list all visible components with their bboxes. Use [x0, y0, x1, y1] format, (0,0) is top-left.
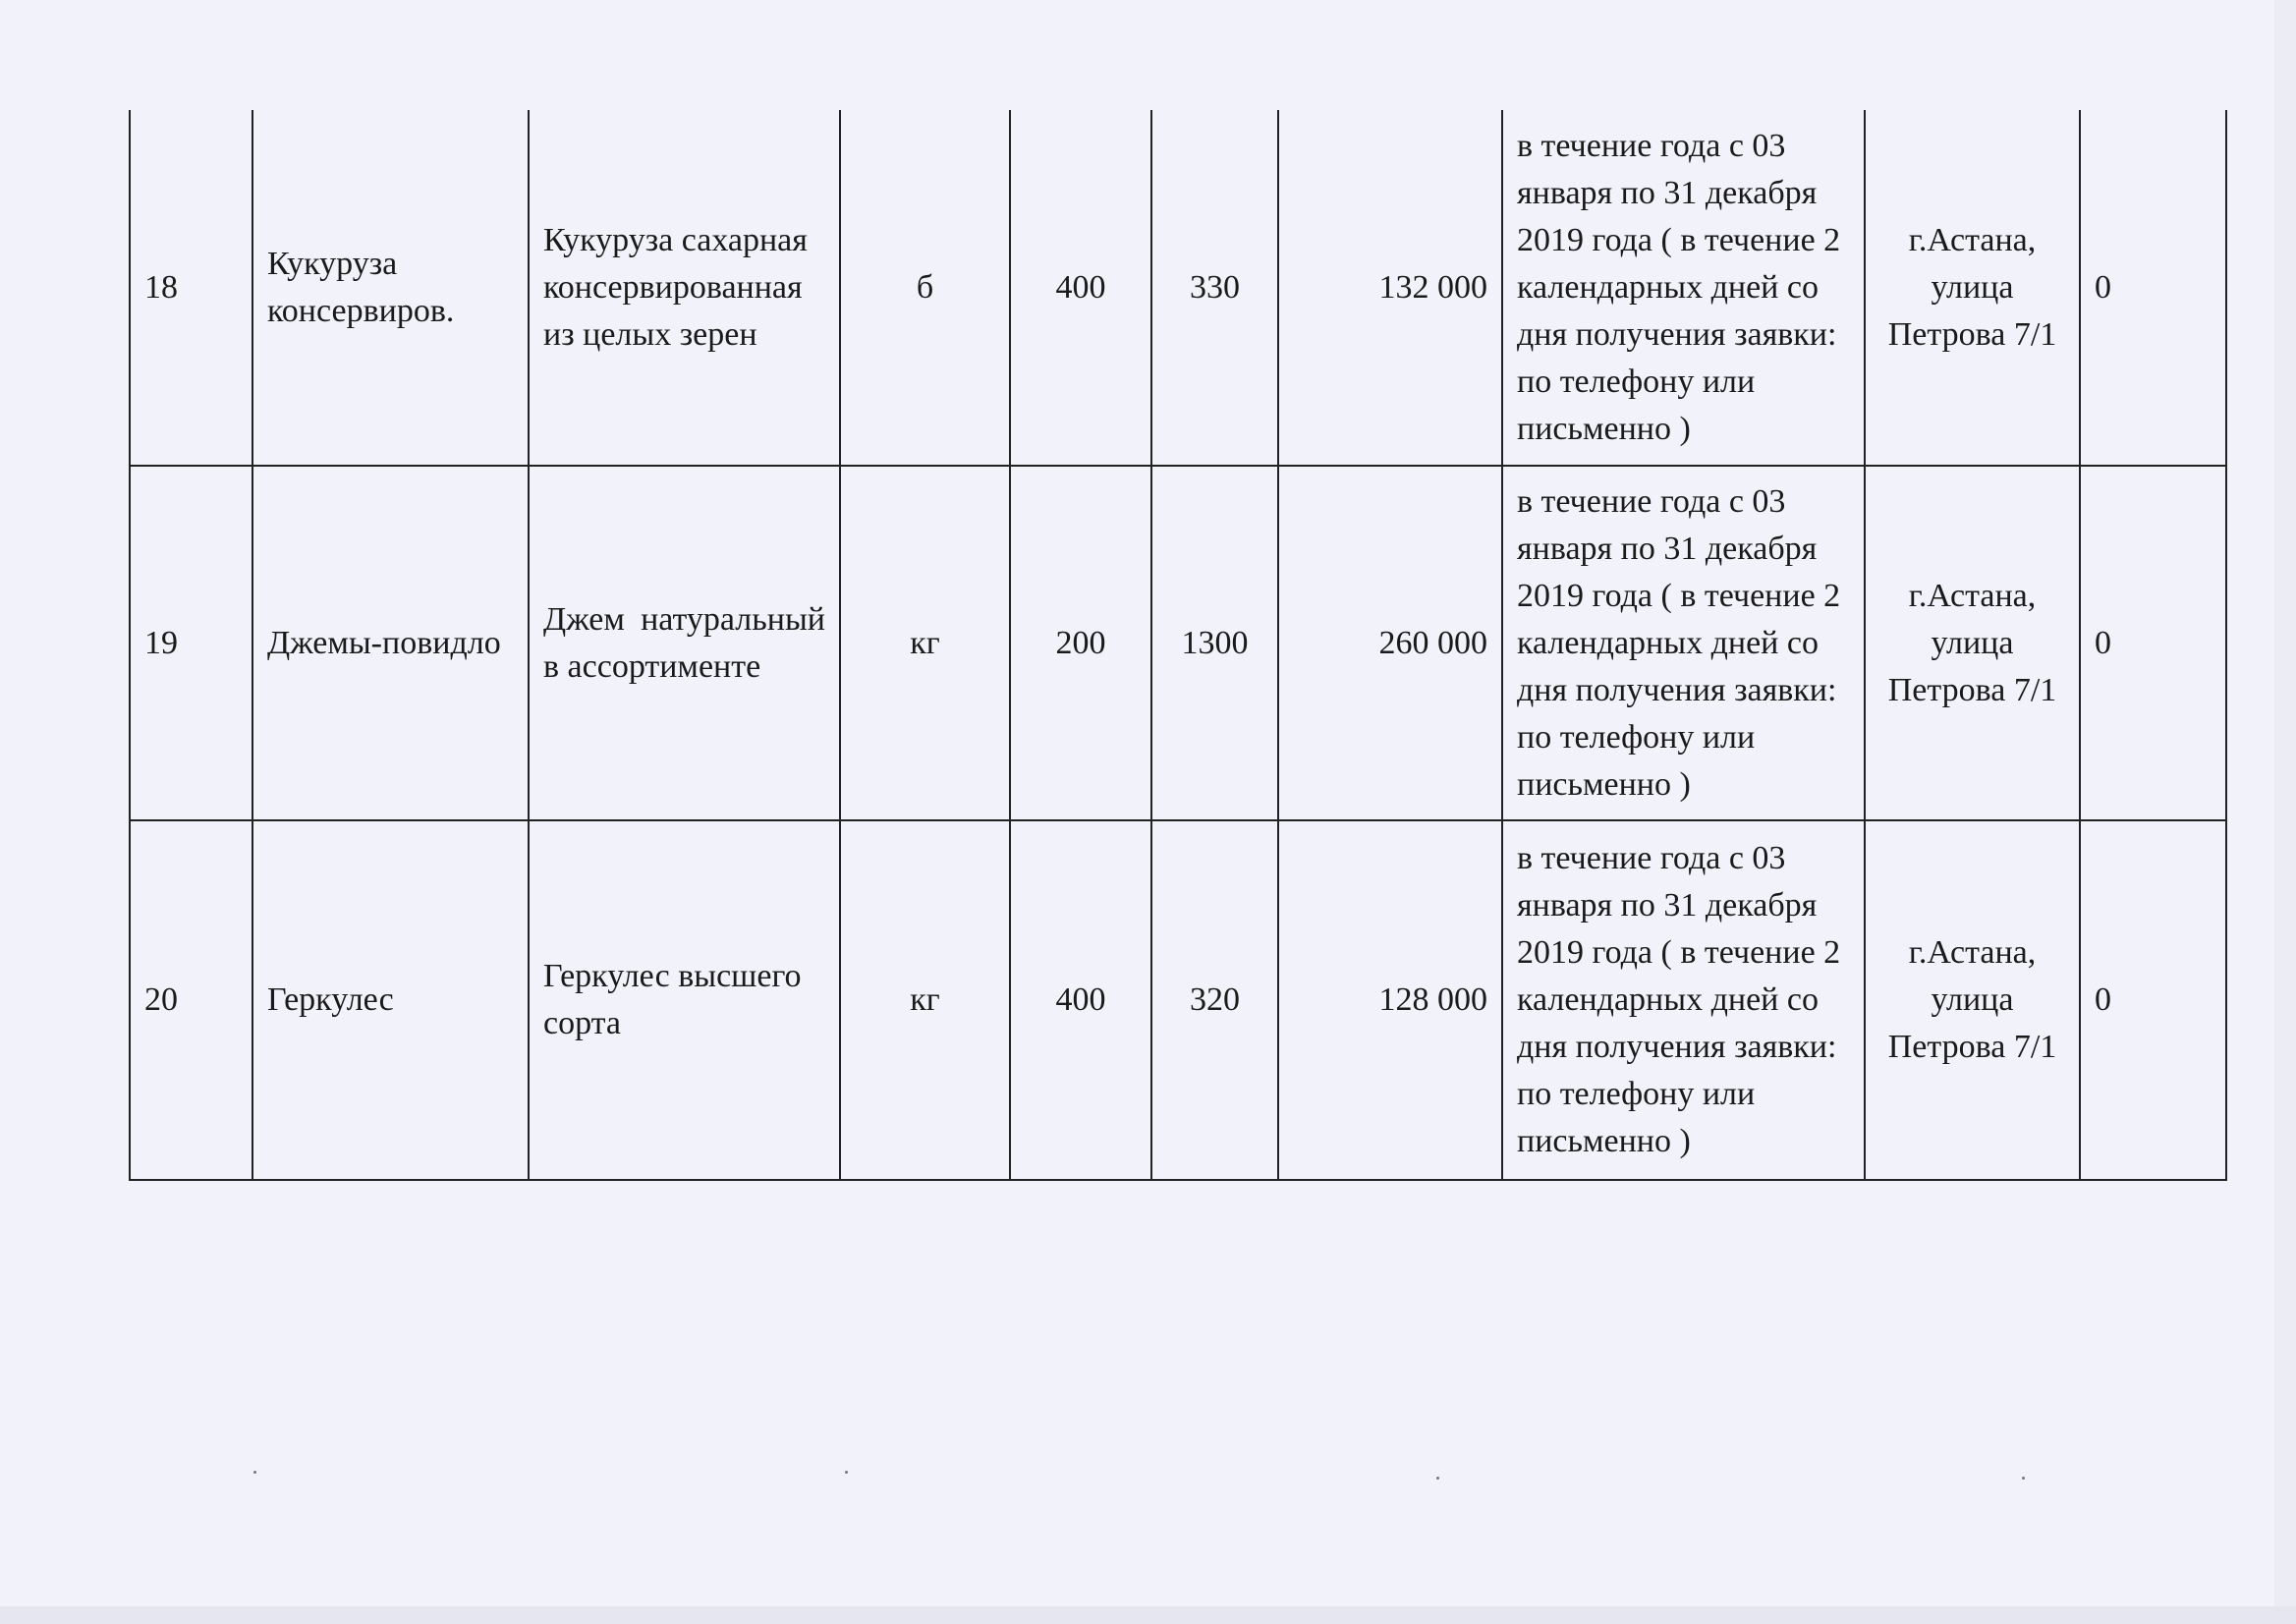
procurement-table: 18 Кукуруза консервиров. Кукуруза сахарн…	[129, 110, 2227, 1181]
quantity: 200	[1010, 466, 1151, 820]
price: 320	[1151, 820, 1278, 1180]
unit: кг	[840, 820, 1010, 1180]
table-row: 18 Кукуруза консервиров. Кукуруза сахарн…	[130, 110, 2226, 466]
item-description: Джем натуральный в ассортименте	[529, 466, 840, 820]
price: 330	[1151, 110, 1278, 466]
delivery-terms: в течение года с 03 января по 31 декабря…	[1502, 820, 1865, 1180]
advance: 0	[2080, 466, 2226, 820]
table-row: 20 Геркулес Геркулес высшего сорта кг 40…	[130, 820, 2226, 1180]
unit: б	[840, 110, 1010, 466]
advance: 0	[2080, 110, 2226, 466]
price: 1300	[1151, 466, 1278, 820]
scan-edge	[2274, 0, 2296, 1624]
item-name: Джемы-повидло	[252, 466, 529, 820]
amount: 128 000	[1278, 820, 1502, 1180]
item-description: Кукуруза сахарная консервированная из це…	[529, 110, 840, 466]
amount: 260 000	[1278, 466, 1502, 820]
delivery-terms: в течение года с 03 января по 31 декабря…	[1502, 110, 1865, 466]
item-name: Геркулес	[252, 820, 529, 1180]
row-number: 19	[130, 466, 252, 820]
table-row: 19 Джемы-повидло Джем натуральный в ассо…	[130, 466, 2226, 820]
quantity: 400	[1010, 820, 1151, 1180]
row-number: 20	[130, 820, 252, 1180]
scan-bottom-edge	[0, 1606, 2296, 1624]
delivery-terms: в течение года с 03 января по 31 декабря…	[1502, 466, 1865, 820]
scan-speck	[1436, 1477, 1439, 1480]
scan-speck	[253, 1471, 256, 1474]
scan-speck	[2022, 1477, 2025, 1480]
amount: 132 000	[1278, 110, 1502, 466]
delivery-place: г.Астана, улица Петрова 7/1	[1865, 110, 2080, 466]
unit: кг	[840, 466, 1010, 820]
row-number: 18	[130, 110, 252, 466]
scan-speck	[845, 1471, 848, 1474]
advance: 0	[2080, 820, 2226, 1180]
item-name: Кукуруза консервиров.	[252, 110, 529, 466]
delivery-place: г.Астана, улица Петрова 7/1	[1865, 466, 2080, 820]
quantity: 400	[1010, 110, 1151, 466]
delivery-place: г.Астана, улица Петрова 7/1	[1865, 820, 2080, 1180]
item-description: Геркулес высшего сорта	[529, 820, 840, 1180]
